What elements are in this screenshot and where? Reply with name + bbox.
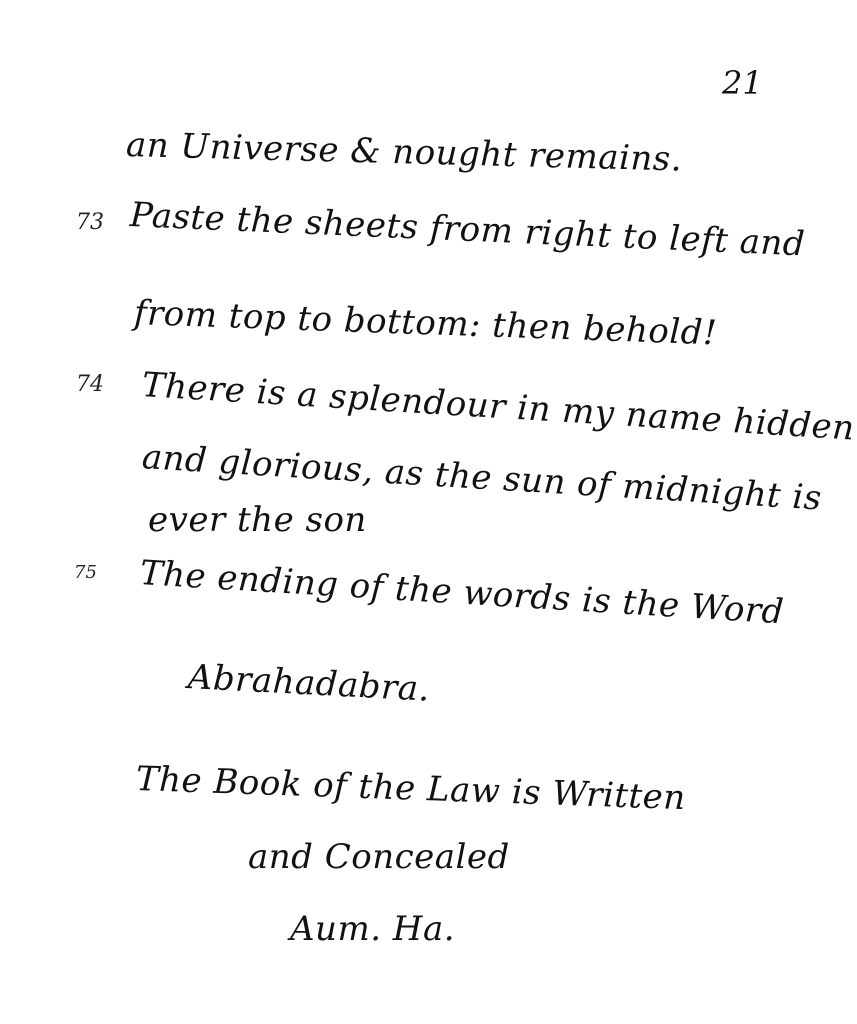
- page-number: 21: [722, 64, 763, 102]
- verse-75-line-1: The ending of the words is the Word: [139, 556, 785, 629]
- verse-74-line-1: There is a splendour in my name hidden: [141, 368, 856, 446]
- manuscript-page: 21 an Universe & nought remains. 73 Past…: [0, 0, 857, 1024]
- continuation-line: an Universe & nought remains.: [126, 128, 683, 177]
- verse-73-number: 73: [76, 210, 104, 235]
- closing-signature: Aum. Ha.: [290, 912, 455, 946]
- verse-74-number: 74: [76, 372, 104, 397]
- verse-73-line-1: Paste the sheets from right to left and: [129, 198, 806, 261]
- closing-line-2: and Concealed: [248, 840, 510, 874]
- verse-74-line-3: ever the son: [148, 503, 367, 537]
- verse-73-line-2: from top to bottom: then behold!: [133, 296, 717, 350]
- verse-75-number: 75: [74, 562, 97, 583]
- verse-75-line-2: Abrahadabra.: [187, 660, 431, 707]
- closing-line-1: The Book of the Law is Written: [135, 762, 686, 815]
